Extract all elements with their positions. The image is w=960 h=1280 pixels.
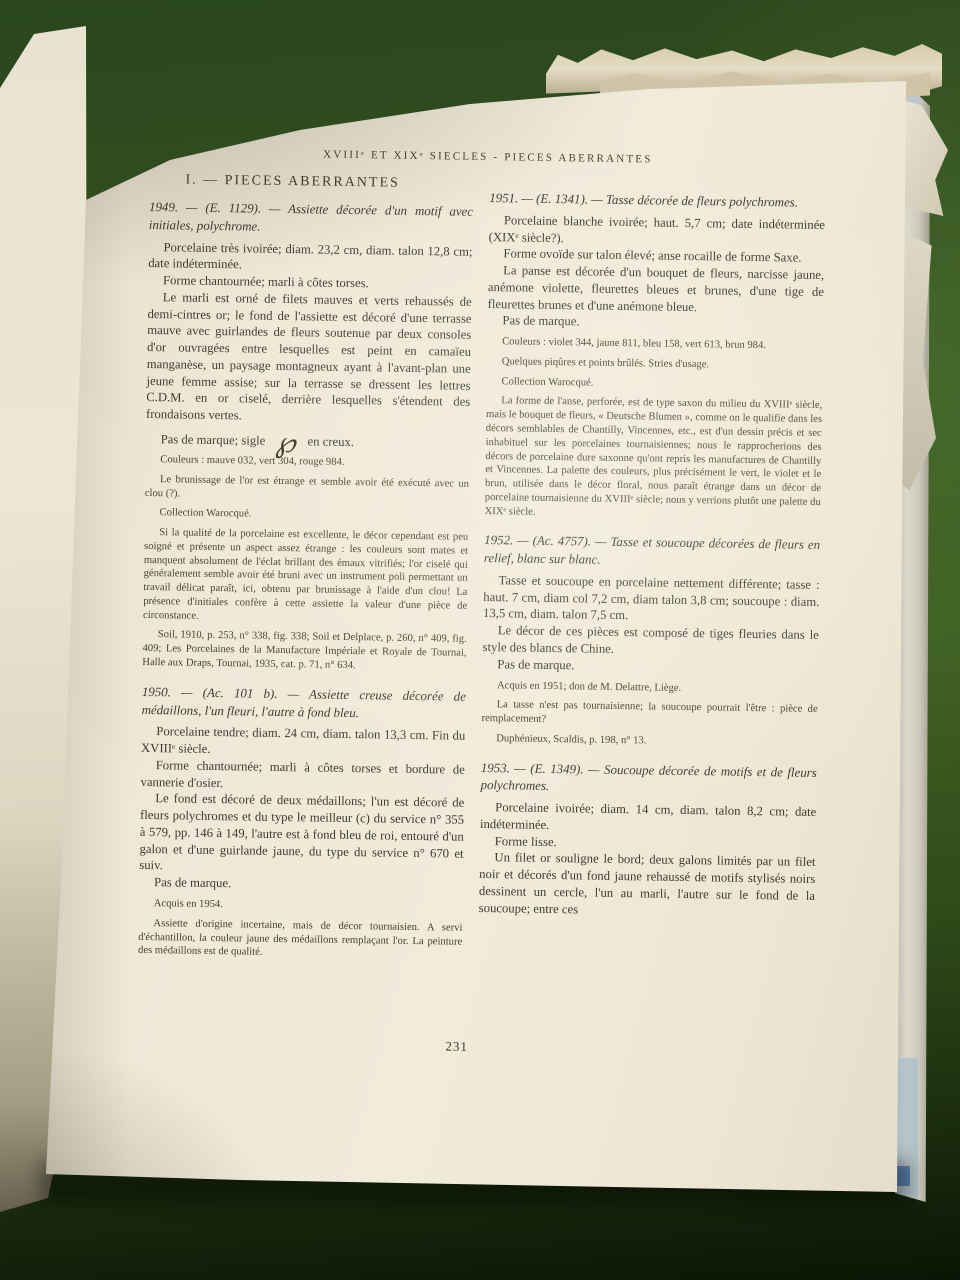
column-right: 1951. — (E. 1341). — Tasse décorée de fl…: [479, 177, 826, 921]
entry-note: La tasse n'est pas tournaisienne; la sou…: [481, 698, 817, 731]
entry-note: Collection Warocqué.: [144, 506, 468, 525]
catalog-entry-1951: 1951. — (E. 1341). — Tasse décorée de fl…: [485, 190, 826, 523]
entry-note: Assiette d'origine incertaine, mais de d…: [138, 917, 463, 963]
entry-paragraph: Pas de marque.: [139, 874, 463, 896]
entry-note: Collection Warocqué.: [486, 375, 822, 394]
photo-scene: XVIIIᵉ ET XIXᵉ SIECLES - PIECES ABERRANT…: [0, 0, 960, 1280]
entry-paragraph: Porcelaine ivoirée; diam. 14 cm, diam. t…: [480, 799, 816, 838]
entry-paragraph: Porcelaine tendre; diam. 24 cm, diam. ta…: [141, 723, 465, 761]
entry-heading: 1953. — (E. 1349). — Soucoupe décorée de…: [480, 760, 816, 801]
entry-note: Si la qualité de la porcelaine est excel…: [143, 526, 468, 627]
column-left: I. — PIECES ABERRANTES 1949. — (E. 1129)…: [138, 172, 474, 969]
catalog-entry-1949: 1949. — (E. 1129). — Assiette décorée d'…: [142, 199, 473, 674]
column-right-entries: 1951. — (E. 1341). — Tasse décorée de fl…: [479, 190, 826, 921]
entry-paragraph: Le marli est orné de filets mauves et ve…: [146, 289, 472, 428]
entry-note: Quelques piqûres et points brûlés. Strie…: [487, 355, 823, 374]
entry-paragraph: Le décor de ces pièces est composé de ti…: [482, 622, 818, 661]
entry-heading: 1952. — (Ac. 4757). — Tasse et soucoupe …: [484, 532, 820, 573]
column-left-entries: 1949. — (E. 1129). — Assiette décorée d'…: [138, 199, 473, 963]
entry-note: Duphénieux, Scaldis, p. 198, n° 13.: [481, 732, 817, 751]
entry-note: Acquis en 1954.: [139, 897, 463, 916]
entry-note: Couleurs : mauve 032, vert 304, rouge 98…: [145, 453, 469, 472]
catalog-entry-1952: 1952. — (Ac. 4757). — Tasse et soucoupe …: [481, 532, 820, 750]
entry-heading: 1951. — (E. 1341). — Tasse décorée de fl…: [489, 190, 825, 213]
section-title: I. — PIECES ABERRANTES: [185, 173, 473, 193]
entry-paragraph: Un filet or souligne le bord; deux galon…: [479, 849, 816, 921]
running-head: XVIIIᵉ ET XIXᵉ SIECLES - PIECES ABERRANT…: [150, 146, 826, 168]
page-content: XVIIIᵉ ET XIXᵉ SIECLES - PIECES ABERRANT…: [138, 146, 826, 974]
entry-note: Le brunissage de l'or est étrange et sem…: [145, 473, 469, 505]
entry-paragraph: Le fond est décoré de deux médaillons; l…: [139, 790, 464, 879]
entry-note: Soil, 1910, p. 253, n° 338, fig. 338; So…: [142, 628, 467, 674]
book-page: XVIIIᵉ ET XIXᵉ SIECLES - PIECES ABERRANT…: [0, 0, 960, 1280]
entry-note: Acquis en 1951; don de M. Delattre, Lièg…: [482, 679, 818, 698]
entry-paragraph: Pas de marque.: [482, 656, 818, 678]
catalog-entry-1950: 1950. — (Ac. 101 b). — Assiette creuse d…: [138, 684, 466, 963]
entry-heading: 1950. — (Ac. 101 b). — Assiette creuse d…: [141, 684, 465, 724]
text-columns: I. — PIECES ABERRANTES 1949. — (E. 1129)…: [138, 172, 826, 974]
blue-page-edge-bottom: [896, 1058, 918, 1230]
entry-note: La forme de l'anse, perforée, est de typ…: [485, 394, 823, 523]
entry-heading: 1949. — (E. 1129). — Assiette décorée d'…: [149, 199, 473, 239]
entry-paragraph: Porcelaine blanche ivoirée; haut. 5,7 cm…: [489, 212, 825, 251]
page-number: 231: [137, 1034, 777, 1059]
entry-paragraph: Pas de marque.: [487, 312, 823, 334]
entry-paragraph: Porcelaine très ivoirée; diam. 23,2 cm, …: [148, 239, 472, 277]
entry-paragraph: La panse est décorée d'un bouquet de fle…: [488, 262, 825, 317]
entry-paragraph: Forme chantournée; marli à côtes torses …: [140, 757, 464, 795]
catalog-entry-1953: 1953. — (E. 1349). — Soucoupe décorée de…: [479, 760, 817, 922]
entry-sigle-line: Pas de marque; sigle℘en creux.: [146, 432, 470, 452]
entry-note: Couleurs : violet 344, jaune 811, bleu 1…: [487, 335, 823, 354]
entry-paragraph: Tasse et soucoupe en porcelaine nettemen…: [483, 572, 820, 627]
